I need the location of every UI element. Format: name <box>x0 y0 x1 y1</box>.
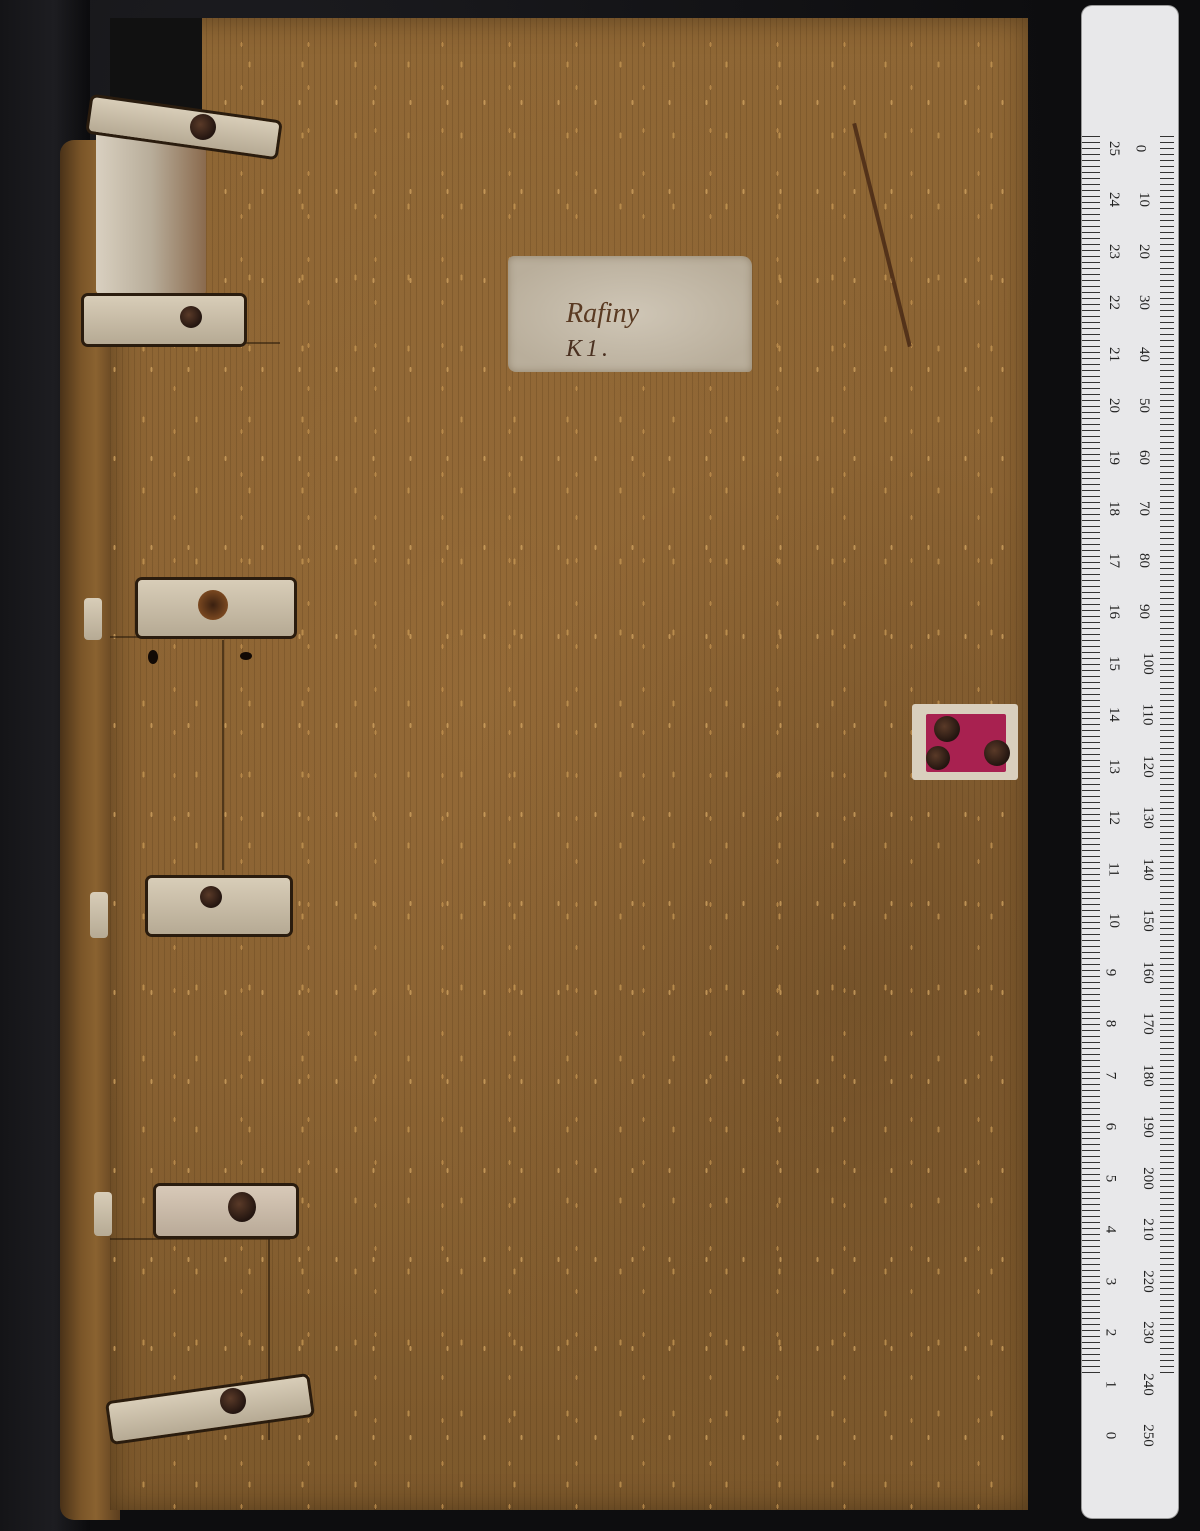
ruler-mm-mark: 100 <box>1139 652 1156 675</box>
ruler-inch-mark: 10 <box>1105 913 1122 928</box>
strap-3 <box>148 878 290 934</box>
parchment-spine-patch <box>96 128 206 294</box>
ruler-inch-mark: 2 <box>1101 1329 1118 1337</box>
spine-band <box>94 1192 112 1236</box>
ruler-inch-mark: 12 <box>1105 810 1122 825</box>
ruler-mm-mark: 120 <box>1139 755 1156 778</box>
nail-head <box>190 114 216 140</box>
ruler-mm-mark: 160 <box>1139 961 1156 984</box>
nail-hole <box>198 590 228 620</box>
ruler-mm-mark: 70 <box>1135 501 1152 516</box>
spine-band <box>90 892 108 938</box>
ruler-mm-mark: 90 <box>1135 604 1152 619</box>
ruler-inch-mark: 21 <box>1105 347 1122 362</box>
ruler-inch-mark: 20 <box>1105 398 1122 413</box>
ruler-inch-mark: 23 <box>1105 244 1122 259</box>
nail-head <box>934 716 960 742</box>
nail-head <box>984 740 1010 766</box>
ruler-inch-mark: 13 <box>1105 759 1122 774</box>
ruler-mm-mark: 220 <box>1139 1270 1156 1293</box>
ruler-mm-mark: 50 <box>1135 398 1152 413</box>
wooden-board <box>110 18 1028 1510</box>
ruler-mm-mark: 250 <box>1139 1424 1156 1447</box>
ruler-mm-mark: 130 <box>1139 806 1156 829</box>
board-crack <box>222 640 224 870</box>
ruler-mm-mark: 190 <box>1139 1115 1156 1138</box>
ruler-inch-mark: 14 <box>1105 707 1122 722</box>
ruler-mm-mark: 240 <box>1139 1373 1156 1396</box>
nail-head <box>220 1388 246 1414</box>
ruler-inch-mark: 19 <box>1105 450 1122 465</box>
ruler-inch-mark: 5 <box>1101 1175 1118 1183</box>
ruler-mm-mark: 10 <box>1135 192 1152 207</box>
ruler-mm-mark: 170 <box>1139 1012 1156 1035</box>
ruler-ticks-inch <box>1082 136 1100 1376</box>
ruler-mm-mark: 30 <box>1135 295 1152 310</box>
ruler-inch-mark: 7 <box>1101 1072 1118 1080</box>
wormhole <box>148 650 158 664</box>
label-text-line2: K1. <box>566 336 612 363</box>
ruler-mm-mark: 150 <box>1139 909 1156 932</box>
ruler-inch-mark: 1 <box>1101 1381 1118 1389</box>
ruler-inch-mark: 9 <box>1101 969 1118 977</box>
wormhole <box>240 652 252 660</box>
ruler-mm-mark: 140 <box>1139 858 1156 881</box>
ruler-inch-mark: 3 <box>1101 1278 1118 1286</box>
strap-4 <box>156 1186 296 1236</box>
ruler-mm-mark: 210 <box>1139 1218 1156 1241</box>
measurement-ruler: 25 24 23 22 21 20 19 18 17 16 15 14 13 1… <box>1082 6 1178 1518</box>
ruler-inch-mark: 24 <box>1105 192 1122 207</box>
ruler-mm-mark: 20 <box>1135 244 1152 259</box>
label-text-line1: Rafiny <box>566 298 639 330</box>
ruler-mm-mark: 40 <box>1135 347 1152 362</box>
ruler-mm-mark: 60 <box>1135 450 1152 465</box>
spine-band <box>84 598 102 640</box>
ruler-inch-mark: 8 <box>1101 1020 1118 1028</box>
ruler-inch-mark: 0 <box>1101 1432 1118 1440</box>
ruler-mm-mark: 110 <box>1138 704 1155 726</box>
ruler-mm-mark: 200 <box>1139 1167 1156 1190</box>
board-joint <box>110 636 290 638</box>
strap-1 <box>84 296 244 344</box>
ruler-inch-mark: 25 <box>1105 141 1122 156</box>
ruler-ticks-mm <box>1160 136 1174 1376</box>
ruler-inch-mark: 22 <box>1105 295 1122 310</box>
ruler-inch-mark: 11 <box>1105 862 1122 876</box>
ruler-inch-mark: 18 <box>1105 501 1122 516</box>
nail-head <box>180 306 202 328</box>
nail-head <box>200 886 222 908</box>
nail-head <box>228 1192 256 1222</box>
ruler-inch-mark: 17 <box>1105 553 1122 568</box>
nail-head <box>926 746 950 770</box>
ruler-inch-mark: 4 <box>1101 1226 1118 1234</box>
ruler-inch-mark: 6 <box>1101 1123 1118 1131</box>
paper-shelf-label: Rafiny K1. <box>508 256 752 372</box>
ruler-mm-mark: 80 <box>1135 553 1152 568</box>
ruler-mm-mark: 180 <box>1139 1064 1156 1087</box>
ruler-inch-mark: 15 <box>1105 656 1122 671</box>
ruler-mm-mark: 0 <box>1131 145 1148 153</box>
ruler-inch-mark: 16 <box>1105 604 1122 619</box>
board-joint <box>110 1238 290 1240</box>
ruler-mm-mark: 230 <box>1139 1321 1156 1344</box>
clasp-catch <box>912 704 1018 780</box>
